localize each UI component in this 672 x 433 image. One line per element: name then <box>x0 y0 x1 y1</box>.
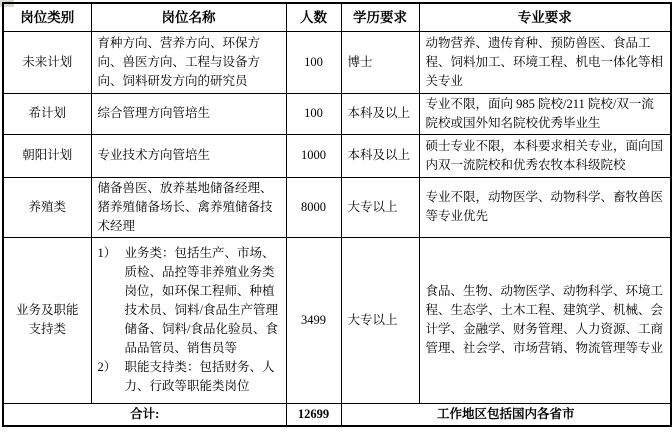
cell-position: 专业技术方向管培生 <box>91 134 286 177</box>
cell-category: 养殖类 <box>3 177 91 237</box>
cell-category: 未来计划 <box>3 31 91 93</box>
cell-count: 3499 <box>286 237 341 403</box>
table-footer-row: 合计: 12699 工作地区包括国内各省市 <box>3 403 671 426</box>
cell-count: 8000 <box>286 177 341 237</box>
cell-position: 储备兽医、放养基地储备经理、猪养殖储备场长、禽养殖储备技术经理 <box>91 177 286 237</box>
cell-major: 硕士专业不限，本科要求相关专业，面向国内双一流院校和优秀农牧本科级院校 <box>419 134 671 177</box>
cell-count: 100 <box>286 31 341 93</box>
cell-major: 食品、生物、动物医学、动物科学、环境工程、生态学、土木工程、建筑学、机械、会计学… <box>419 237 671 403</box>
table-row-future-plan: 未来计划 育种方向、营养方向、环保方向、兽医方向、工程与设备方向、饲料研发方向的… <box>3 31 671 93</box>
header-cell-category: 岗位类别 <box>3 3 91 31</box>
recruitment-table: 岗位类别 岗位名称 人数 学历要求 专业要求 未来计划 育种方向、营养方向、环保… <box>2 2 672 427</box>
list-item-text: 职能支持类：包括财务、人力、行政等职能类岗位 <box>125 358 280 396</box>
cell-category: 希计划 <box>3 93 91 134</box>
cell-education: 本科及以上 <box>341 134 419 177</box>
position-list: 1） 业务类：包括生产、市场、质检、品控等非养殖业务类岗位，如环保工程师、种植技… <box>98 244 280 396</box>
table-row-breeding: 养殖类 储备兽医、放养基地储备经理、猪养殖储备场长、禽养殖储备技术经理 8000… <box>3 177 671 237</box>
cell-major: 专业不限，面向 985 院校/211 院校/双一流院校或国外知名院校优秀毕业生 <box>419 93 671 134</box>
table-header-row: 岗位类别 岗位名称 人数 学历要求 专业要求 <box>3 3 671 31</box>
footer-work-area-note: 工作地区包括国内各省市 <box>341 403 671 426</box>
cell-education: 博士 <box>341 31 419 93</box>
header-cell-major: 专业要求 <box>419 3 671 31</box>
header-cell-position: 岗位名称 <box>91 3 286 31</box>
footer-total-count: 12699 <box>286 403 341 426</box>
table-row-xi-plan: 希计划 综合管理方向管培生 100 本科及以上 专业不限，面向 985 院校/2… <box>3 93 671 134</box>
table-row-zhaoyang-plan: 朝阳计划 专业技术方向管培生 1000 本科及以上 硕士专业不限，本科要求相关专… <box>3 134 671 177</box>
table-row-business-support: 业务及职能支持类 1） 业务类：包括生产、市场、质检、品控等非养殖业务类岗位，如… <box>3 237 671 403</box>
cell-position: 综合管理方向管培生 <box>91 93 286 134</box>
cell-major: 动物营养、遗传育种、预防兽医、食品工程、饲料加工、环境工程、机电一体化等相关专业 <box>419 31 671 93</box>
list-item-text: 业务类：包括生产、市场、质检、品控等非养殖业务类岗位，如环保工程师、种植技术员、… <box>125 244 280 358</box>
cell-category: 朝阳计划 <box>3 134 91 177</box>
header-cell-count: 人数 <box>286 3 341 31</box>
cell-education: 大专以上 <box>341 177 419 237</box>
cell-category: 业务及职能支持类 <box>3 237 91 403</box>
header-cell-education: 学历要求 <box>341 3 419 31</box>
cell-position: 1） 业务类：包括生产、市场、质检、品控等非养殖业务类岗位，如环保工程师、种植技… <box>91 237 286 403</box>
cell-education: 本科及以上 <box>341 93 419 134</box>
cell-education: 大专以上 <box>341 237 419 403</box>
list-item-number: 2） <box>98 358 125 377</box>
list-item-number: 1） <box>98 244 125 263</box>
cell-position: 育种方向、营养方向、环保方向、兽医方向、工程与设备方向、饲料研发方向的研究员 <box>91 31 286 93</box>
list-item: 2） 职能支持类：包括财务、人力、行政等职能类岗位 <box>98 358 280 396</box>
cell-count: 1000 <box>286 134 341 177</box>
footer-total-label: 合计: <box>3 403 286 426</box>
list-item: 1） 业务类：包括生产、市场、质检、品控等非养殖业务类岗位，如环保工程师、种植技… <box>98 244 280 358</box>
cell-count: 100 <box>286 93 341 134</box>
cell-major: 专业不限，动物医学、动物科学、畜牧兽医等专业优先 <box>419 177 671 237</box>
